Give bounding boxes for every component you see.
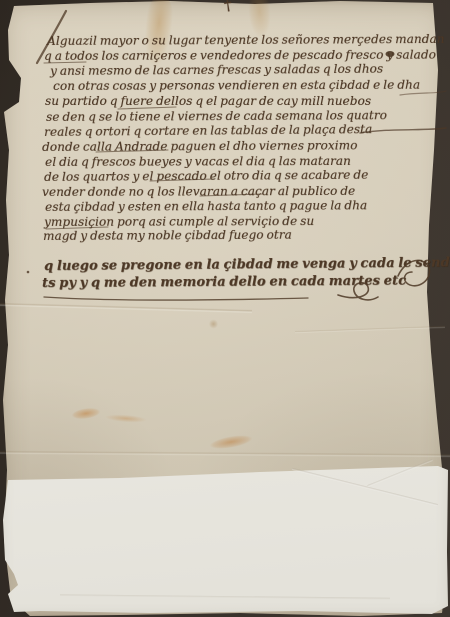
- manuscript-line: donde calla Andrade paguen el dho vierne…: [42, 139, 357, 154]
- manuscript-line: su partido q fuere dellos q el pagar de …: [45, 95, 371, 108]
- manuscript-line: esta çibdad y esten en ella hasta tanto …: [45, 199, 367, 214]
- manuscript-closing-line: ts py y q me den memoria dello en cada m…: [42, 274, 406, 291]
- manuscript-line: con otras cosas y personas vendieren en …: [53, 79, 420, 93]
- manuscript-line: y ansi mesmo de las carnes frescas y sal…: [50, 63, 383, 79]
- manuscript-line: de los quartos y el pescado el otro dia …: [44, 169, 368, 184]
- manuscript-line: magd y desta my noble çibdad fuego otra: [43, 229, 292, 243]
- head-cross-mark: †: [223, 0, 233, 14]
- manuscript-line: vender donde no q los llevaran a caçar a…: [42, 185, 355, 199]
- manuscript-line: Alguazil mayor o su lugar tenyente los s…: [47, 33, 445, 48]
- manuscript-line: el dia q frescos bueyes y vacas el dia q…: [45, 155, 351, 169]
- manuscript-photo: † Alguazil mayor o su lugar tenyente los…: [0, 0, 450, 617]
